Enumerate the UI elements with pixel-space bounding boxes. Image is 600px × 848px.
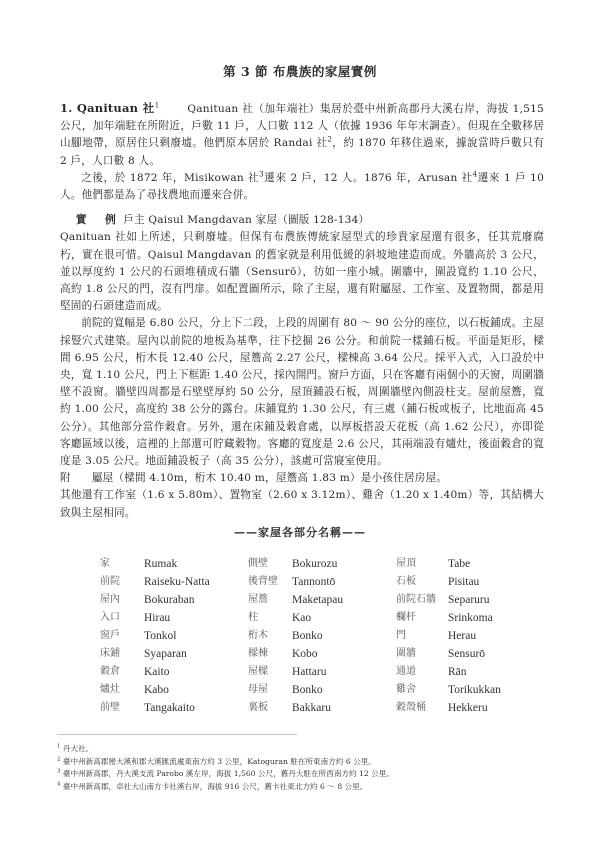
footnote-divider xyxy=(57,734,297,735)
name-bunun: Rumak xyxy=(144,555,248,573)
name-bunun: Kao xyxy=(292,609,396,627)
footnote-ref-1: 1 xyxy=(155,101,160,109)
name-zh: 雞舍 xyxy=(396,681,448,699)
name-zh: 裏板 xyxy=(248,699,292,717)
name-zh: 桁木 xyxy=(248,627,292,645)
name-zh: 爐灶 xyxy=(100,681,144,699)
paragraph-1: 1. Qanituan 社1Qanituan 社（加年端社）集居於臺中州新高郡丹… xyxy=(60,100,544,170)
name-zh: 屋內 xyxy=(100,591,144,609)
name-zh: 前院石牆 xyxy=(396,591,448,609)
paragraph-2: 之後，於 1872 年，Misikowan 社3遷來 2 戶，12 人。1876… xyxy=(60,170,544,204)
paragraph-6: 其他還有工作室（1.6 x 5.80m）、置物室（2.60 x 3.12m）、雞… xyxy=(60,487,544,521)
name-bunun: Tabe xyxy=(448,555,538,573)
name-zh: 石板 xyxy=(396,573,448,591)
paragraph-5: 附屬屋（樑間 4.10m，桁木 10.40 m，屋簷高 1.83 m）是小孩住居… xyxy=(60,470,544,487)
body-text: 1. Qanituan 社1Qanituan 社（加年端社）集居於臺中州新高郡丹… xyxy=(60,100,544,522)
footnote-3: 3 臺中州新高郡，丹大溪支流 Parobo 溪左岸，海拔 1,560 公尺，舊丹… xyxy=(57,768,537,781)
name-bunun: Bokurozu xyxy=(292,555,396,573)
name-zh: 入口 xyxy=(100,609,144,627)
paragraph-3: Qanituan 社如上所述，只剩廢墟。但保有布農族傳統家屋型式的珍貴家屋還有很… xyxy=(60,229,544,315)
section-title: 第 3 節 布農族的家屋實例 xyxy=(0,62,600,80)
name-zh: 門 xyxy=(396,627,448,645)
name-zh: 穀倉 xyxy=(100,663,144,681)
name-bunun: Hattaru xyxy=(292,663,396,681)
example-heading: 實 例 戶主 Qaisul Mangdavan 家屋（圖版 128-134） xyxy=(60,212,544,229)
name-bunun: Kobo xyxy=(292,645,396,663)
footnotes: 1 丹大社。 2 臺中州新高郡巒大溪和郡大溪匯流處東南方約 3 公里，Katog… xyxy=(57,743,537,793)
name-bunun: Tannontō xyxy=(292,573,396,591)
name-bunun: Srinkoma xyxy=(448,609,538,627)
name-bunun: Raiseku-Natta xyxy=(144,573,248,591)
name-zh: 通道 xyxy=(396,663,448,681)
name-bunun: Bokuraban xyxy=(144,591,248,609)
heading-qanituan: 1. Qanituan 社 xyxy=(60,101,155,115)
name-bunun: Tangakaito xyxy=(144,699,248,717)
name-zh: 後背壁 xyxy=(248,573,292,591)
names-title: ——家屋各部分名稱—— xyxy=(0,524,600,540)
name-bunun: Tonkol xyxy=(144,627,248,645)
name-bunun: Hirau xyxy=(144,609,248,627)
footnote-4: 4 臺中州新高郡，卓社大山南方卡社溪右岸，海拔 916 公尺，舊卡社東北方約 6… xyxy=(57,781,537,794)
name-zh: 側壁 xyxy=(248,555,292,573)
paragraph-4: 前院的寬幅是 6.80 公尺，分上下二段，上段的周圍有 80 ～ 90 公分的座… xyxy=(60,315,544,470)
name-zh: 床鋪 xyxy=(100,645,144,663)
name-bunun: Kaito xyxy=(144,663,248,681)
name-zh: 屋簷 xyxy=(248,591,292,609)
footnote-1: 1 丹大社。 xyxy=(57,743,537,756)
name-bunun: Bonko xyxy=(292,627,396,645)
name-zh: 柱 xyxy=(248,609,292,627)
name-zh: 屋樑 xyxy=(248,663,292,681)
name-bunun: Herau xyxy=(448,627,538,645)
name-zh: 屋頂 xyxy=(396,555,448,573)
name-bunun: Kabo xyxy=(144,681,248,699)
name-zh: 穀殼桶 xyxy=(396,699,448,717)
name-zh: 家 xyxy=(100,555,144,573)
name-bunun: Bonko xyxy=(292,681,396,699)
document-page: 第 3 節 布農族的家屋實例 1. Qanituan 社1Qanituan 社（… xyxy=(0,0,600,848)
name-zh: 圍牆 xyxy=(396,645,448,663)
name-bunun: Maketapau xyxy=(292,591,396,609)
name-bunun: Pisitau xyxy=(448,573,538,591)
name-zh: 前壁 xyxy=(100,699,144,717)
name-zh: 樑棟 xyxy=(248,645,292,663)
name-zh: 前院 xyxy=(100,573,144,591)
footnote-2: 2 臺中州新高郡巒大溪和郡大溪匯流處東南方約 3 公里，Katoguran 駐在… xyxy=(57,756,537,769)
name-bunun: Sensurō xyxy=(448,645,538,663)
name-zh: 欄杆 xyxy=(396,609,448,627)
name-bunun: Syaparan xyxy=(144,645,248,663)
name-zh: 窗戶 xyxy=(100,627,144,645)
name-bunun: Separuru xyxy=(448,591,538,609)
name-bunun: Torikukkan xyxy=(448,681,538,699)
house-part-names-table: 家 Rumak 側壁 Bokurozu 屋頂 Tabe 前院 Raiseku-N… xyxy=(100,555,520,717)
name-bunun: Hekkeru xyxy=(448,699,538,717)
name-zh: 母屋 xyxy=(248,681,292,699)
name-bunun: Rān xyxy=(448,663,538,681)
name-bunun: Bakkaru xyxy=(292,699,396,717)
